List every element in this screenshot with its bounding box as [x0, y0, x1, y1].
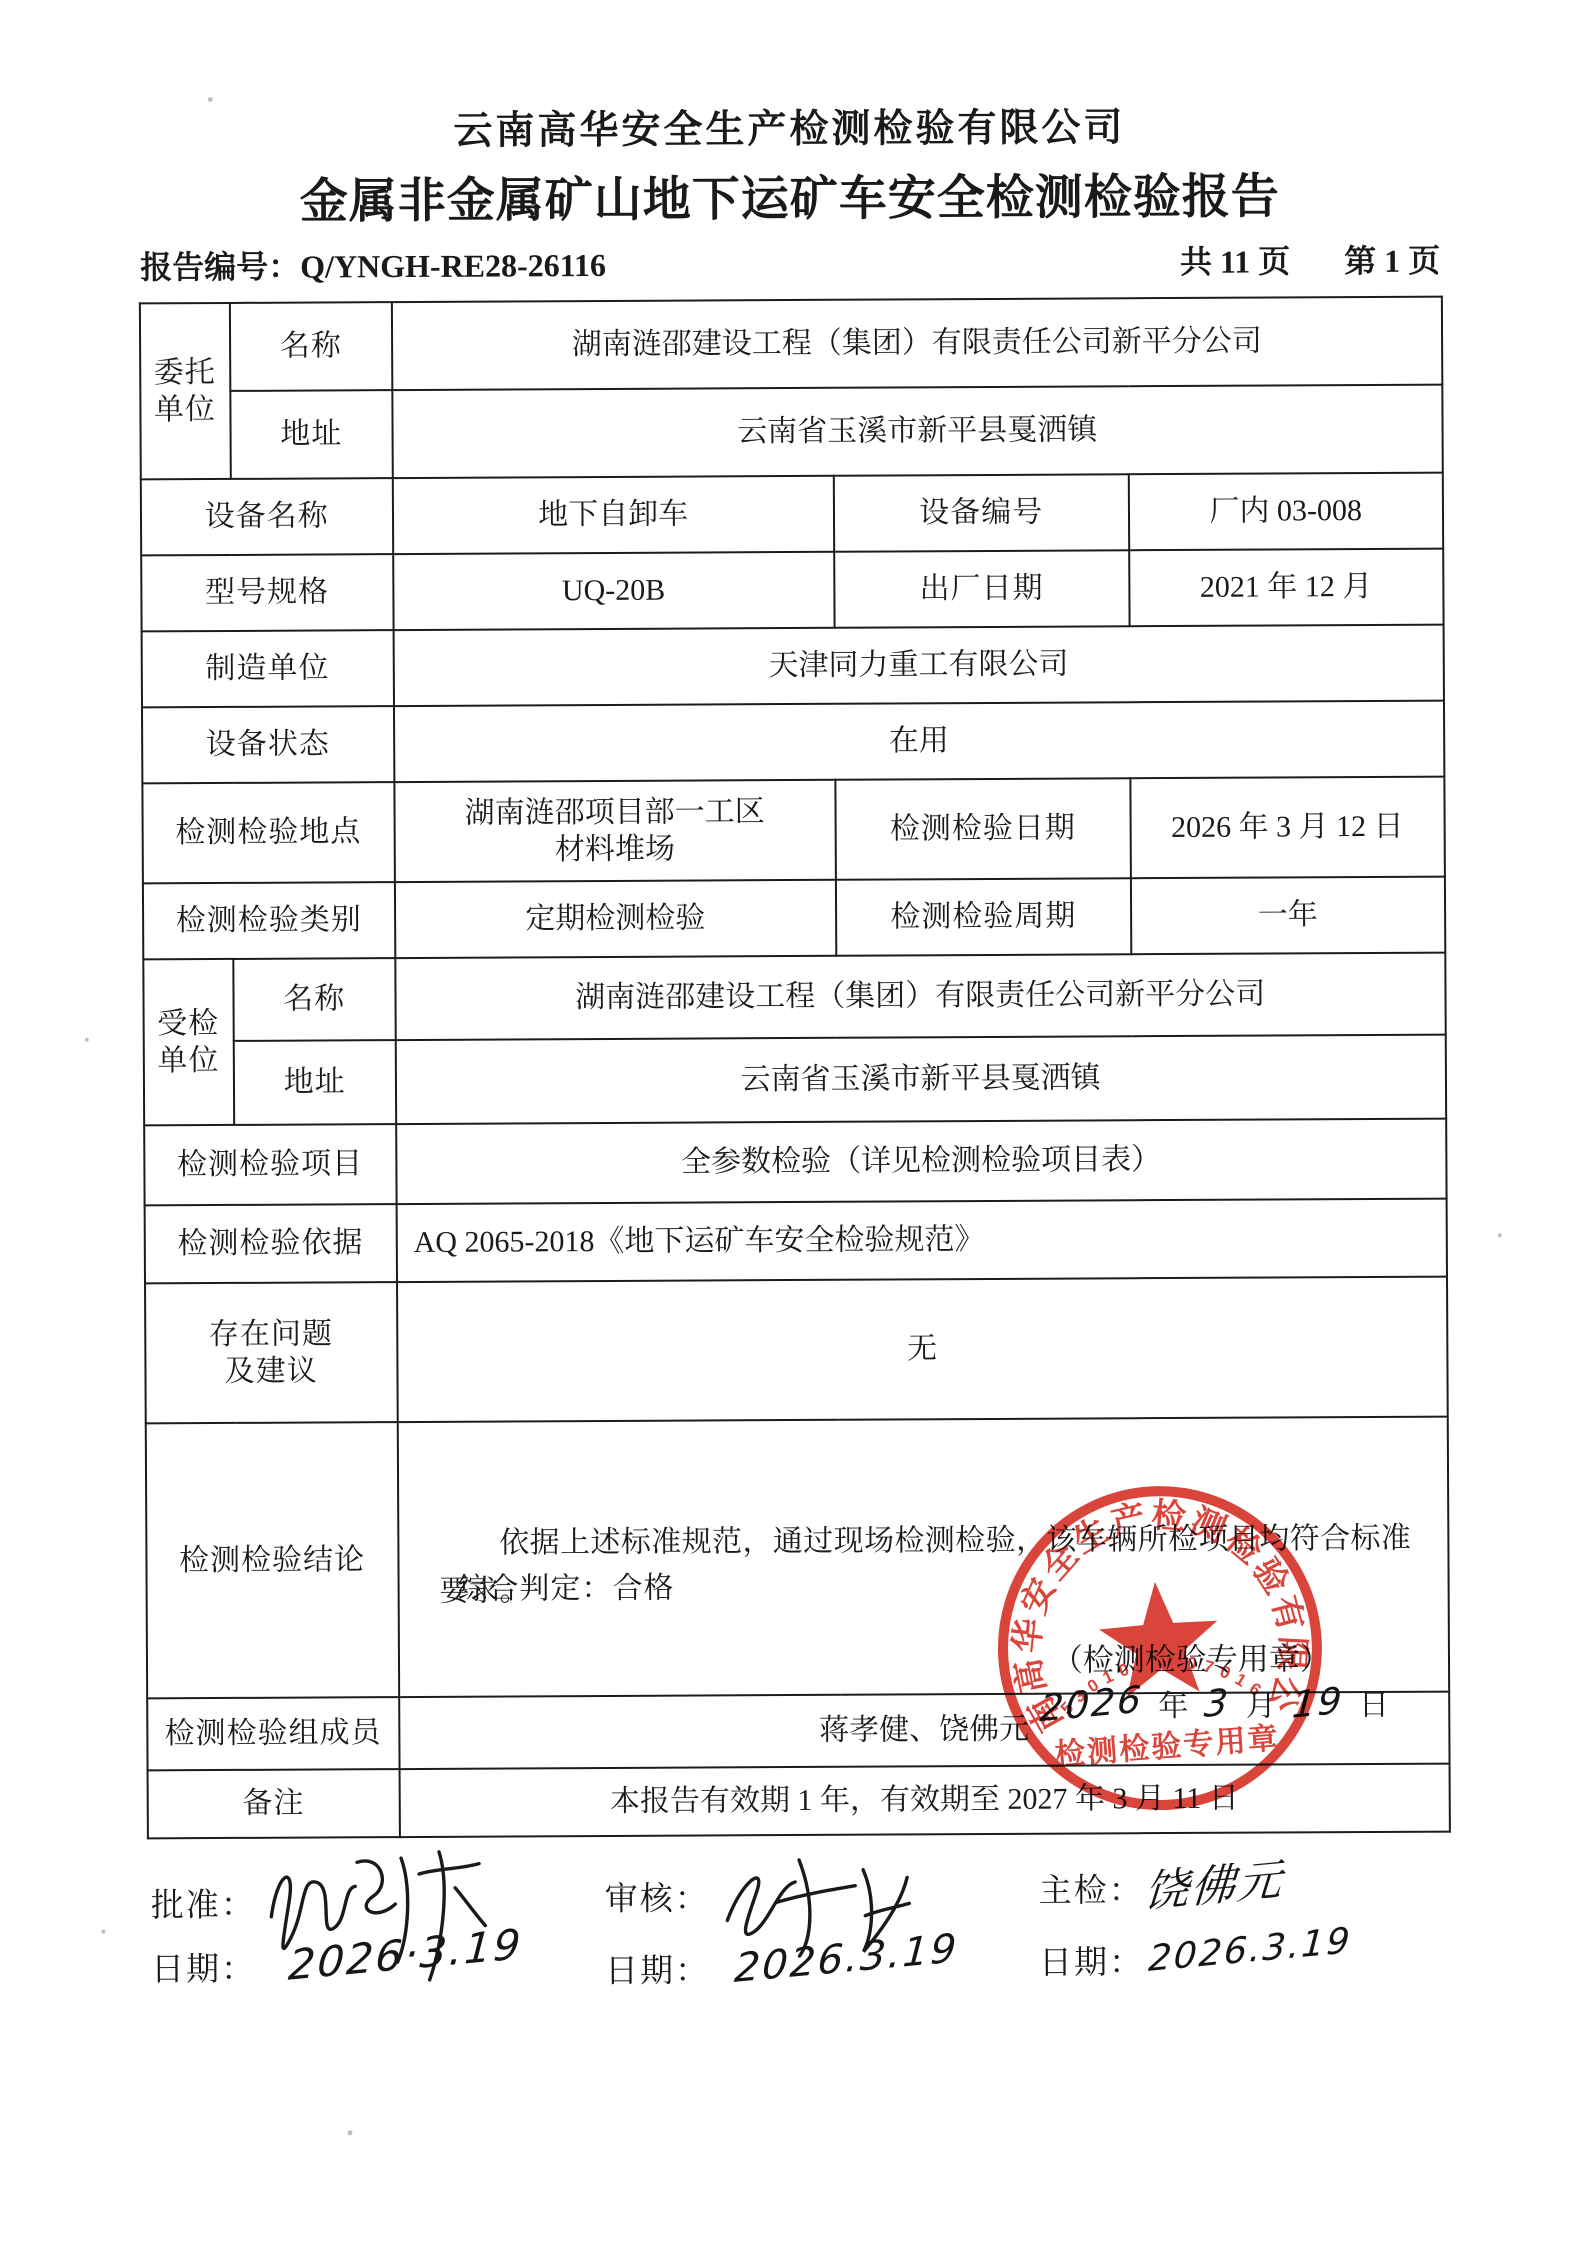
report-table: 委托 单位 名称 湖南涟邵建设工程（集团）有限责任公司新平分公司 地址 云南省玉… — [138, 296, 1450, 1840]
report-number: 报告编号：Q/YNGH-RE28-26116 — [140, 240, 606, 288]
table-row: 检测检验结论 依据上述标准规范，通过现场检测检验，该车辆所检项目均符合标准要求。… — [145, 1417, 1448, 1699]
signature-block: 批准： 日期： 2026·3.19 审核： 日期： 2026.3.19 主检： … — [147, 1859, 1453, 2166]
scan-speck — [101, 1930, 105, 1934]
stamp-date-day: 19 — [1290, 1678, 1345, 1729]
maker-label: 制造单位 — [141, 630, 394, 707]
basis-label: 检测检验依据 — [144, 1204, 397, 1283]
report-number-value: Q/YNGH-RE28-26116 — [300, 247, 606, 285]
review-date-label: 日期： — [605, 1944, 710, 1992]
stamp-date-month-unit: 月 — [1246, 1687, 1276, 1725]
scan-speck — [1498, 1233, 1502, 1237]
table-row: 检测检验项目 全参数检验（详见检测检验项目表） — [144, 1119, 1446, 1206]
entrust-name-value: 湖南涟邵建设工程（集团）有限责任公司新平分公司 — [392, 297, 1442, 390]
report-number-label: 报告编号： — [140, 249, 300, 286]
device-no-label: 设备编号 — [833, 474, 1129, 552]
inspected-addr-label: 地址 — [233, 1040, 396, 1125]
table-row: 受检 单位 名称 湖南涟邵建设工程（集团）有限责任公司新平分公司 — [143, 953, 1445, 1042]
entrust-unit-label: 委托 单位 — [139, 303, 230, 479]
scanned-report-page: 云南高华安全生产检测检验有限公司 金属非金属矿山地下运矿车安全检测检验报告 报告… — [0, 0, 1587, 2244]
chief-date-label: 日期： — [1039, 1936, 1144, 1984]
device-name-value: 地下自卸车 — [393, 476, 834, 554]
issues-value: 无 — [397, 1277, 1447, 1422]
maker-value: 天津同力重工有限公司 — [393, 625, 1443, 706]
remark-value: 本报告有效期 1 年，有效期至 2027 年 3 月 11 日 — [399, 1764, 1449, 1837]
page-current: 第 1 页 — [1344, 243, 1440, 280]
mfg-date-label: 出厂日期 — [834, 550, 1130, 628]
report-title: 金属非金属矿山地下运矿车安全检测检验报告 — [0, 156, 1583, 233]
table-row: 地址 云南省玉溪市新平县戛洒镇 — [143, 1035, 1445, 1126]
inspected-name-label: 名称 — [233, 958, 396, 1041]
category-label: 检测检验类别 — [142, 882, 395, 959]
chief-label: 主检： — [1039, 1864, 1144, 1912]
pages-total: 共 11 页 — [1180, 243, 1290, 280]
pagination: 共 11 页 第 1 页 — [1134, 236, 1441, 284]
location-value: 湖南涟邵项目部一工区 材料堆场 — [394, 780, 835, 882]
stamp-date-day-unit: 日 — [1359, 1687, 1389, 1725]
scan-speck — [208, 97, 213, 102]
status-label: 设备状态 — [141, 706, 394, 783]
stamp-date-month: 3 — [1203, 1680, 1232, 1728]
scan-speck — [85, 1038, 89, 1042]
status-value: 在用 — [394, 701, 1444, 782]
approve-date-label: 日期： — [151, 1943, 256, 1991]
mfg-date-value: 2021 年 12 月 — [1129, 549, 1443, 627]
table-row: 检测检验依据 AQ 2065-2018《地下运矿车安全检验规范》 — [144, 1199, 1446, 1284]
review-label: 审核： — [605, 1872, 710, 1920]
team-label: 检测检验组成员 — [147, 1697, 400, 1770]
conclusion-label: 检测检验结论 — [145, 1422, 399, 1698]
table-row: 存在问题 及建议 无 — [145, 1277, 1448, 1424]
chief-signature: 饶佛元 — [1142, 1844, 1286, 1921]
category-value: 定期检测检验 — [395, 880, 836, 958]
table-row: 地址 云南省玉溪市新平县戛洒镇 — [140, 385, 1442, 480]
table-row: 设备名称 地下自卸车 设备编号 厂内 03-008 — [140, 473, 1442, 556]
scan-speck — [347, 2130, 352, 2135]
stamp-date-line: 2026 年 3 月 19 日 — [1040, 1680, 1405, 1728]
table-row: 检测检验类别 定期检测检验 检测检验周期 一年 — [142, 877, 1444, 960]
stamp-note: （检测检验专用章） — [1052, 1640, 1331, 1680]
approve-label: 批准： — [151, 1879, 256, 1927]
items-value: 全参数检验（详见检测检验项目表） — [396, 1119, 1446, 1204]
stamp-date-year: 2026 — [1038, 1677, 1144, 1733]
model-value: UQ-20B — [393, 552, 834, 630]
table-row: 制造单位 天津同力重工有限公司 — [141, 625, 1443, 708]
table-row: 备注 本报告有效期 1 年，有效期至 2027 年 3 月 11 日 — [147, 1764, 1449, 1839]
conclusion-verdict: 综合判定：合格 — [457, 1570, 674, 1609]
conclusion-cell: 依据上述标准规范，通过现场检测检验，该车辆所检项目均符合标准要求。 综合判定：合… — [398, 1417, 1449, 1697]
entrust-name-label: 名称 — [230, 302, 393, 391]
chief-date-value: 2026.3.19 — [1147, 1920, 1353, 1979]
stamp-date-year-unit: 年 — [1158, 1688, 1188, 1726]
cycle-label: 检测检验周期 — [835, 878, 1131, 956]
inspected-addr-value: 云南省玉溪市新平县戛洒镇 — [396, 1035, 1446, 1124]
device-name-label: 设备名称 — [140, 478, 393, 555]
basis-value: AQ 2065-2018《地下运矿车安全检验规范》 — [396, 1199, 1446, 1282]
location-label: 检测检验地点 — [142, 782, 395, 883]
entrust-addr-label: 地址 — [230, 390, 393, 479]
entrust-addr-value: 云南省玉溪市新平县戛洒镇 — [392, 385, 1442, 478]
model-label: 型号规格 — [141, 554, 394, 631]
company-name: 云南高华安全生产检测检验有限公司 — [0, 94, 1583, 158]
cycle-value: 一年 — [1131, 877, 1445, 955]
inspected-unit-label: 受检 单位 — [143, 959, 234, 1125]
report-meta-line: 报告编号：Q/YNGH-RE28-26116 共 11 页 第 1 页 — [140, 236, 1440, 289]
remark-label: 备注 — [147, 1769, 400, 1838]
inspection-date-value: 2026 年 3 月 12 日 — [1130, 777, 1444, 879]
items-label: 检测检验项目 — [144, 1124, 397, 1205]
device-no-value: 厂内 03-008 — [1129, 473, 1443, 551]
table-row: 设备状态 在用 — [141, 701, 1443, 784]
inspection-date-label: 检测检验日期 — [835, 778, 1131, 880]
inspected-name-value: 湖南涟邵建设工程（集团）有限责任公司新平分公司 — [395, 953, 1445, 1040]
table-row: 型号规格 UQ-20B 出厂日期 2021 年 12 月 — [141, 549, 1443, 632]
table-row: 检测检验地点 湖南涟邵项目部一工区 材料堆场 检测检验日期 2026 年 3 月… — [142, 777, 1445, 884]
table-row: 委托 单位 名称 湖南涟邵建设工程（集团）有限责任公司新平分公司 — [139, 297, 1441, 392]
issues-label: 存在问题 及建议 — [145, 1282, 398, 1423]
